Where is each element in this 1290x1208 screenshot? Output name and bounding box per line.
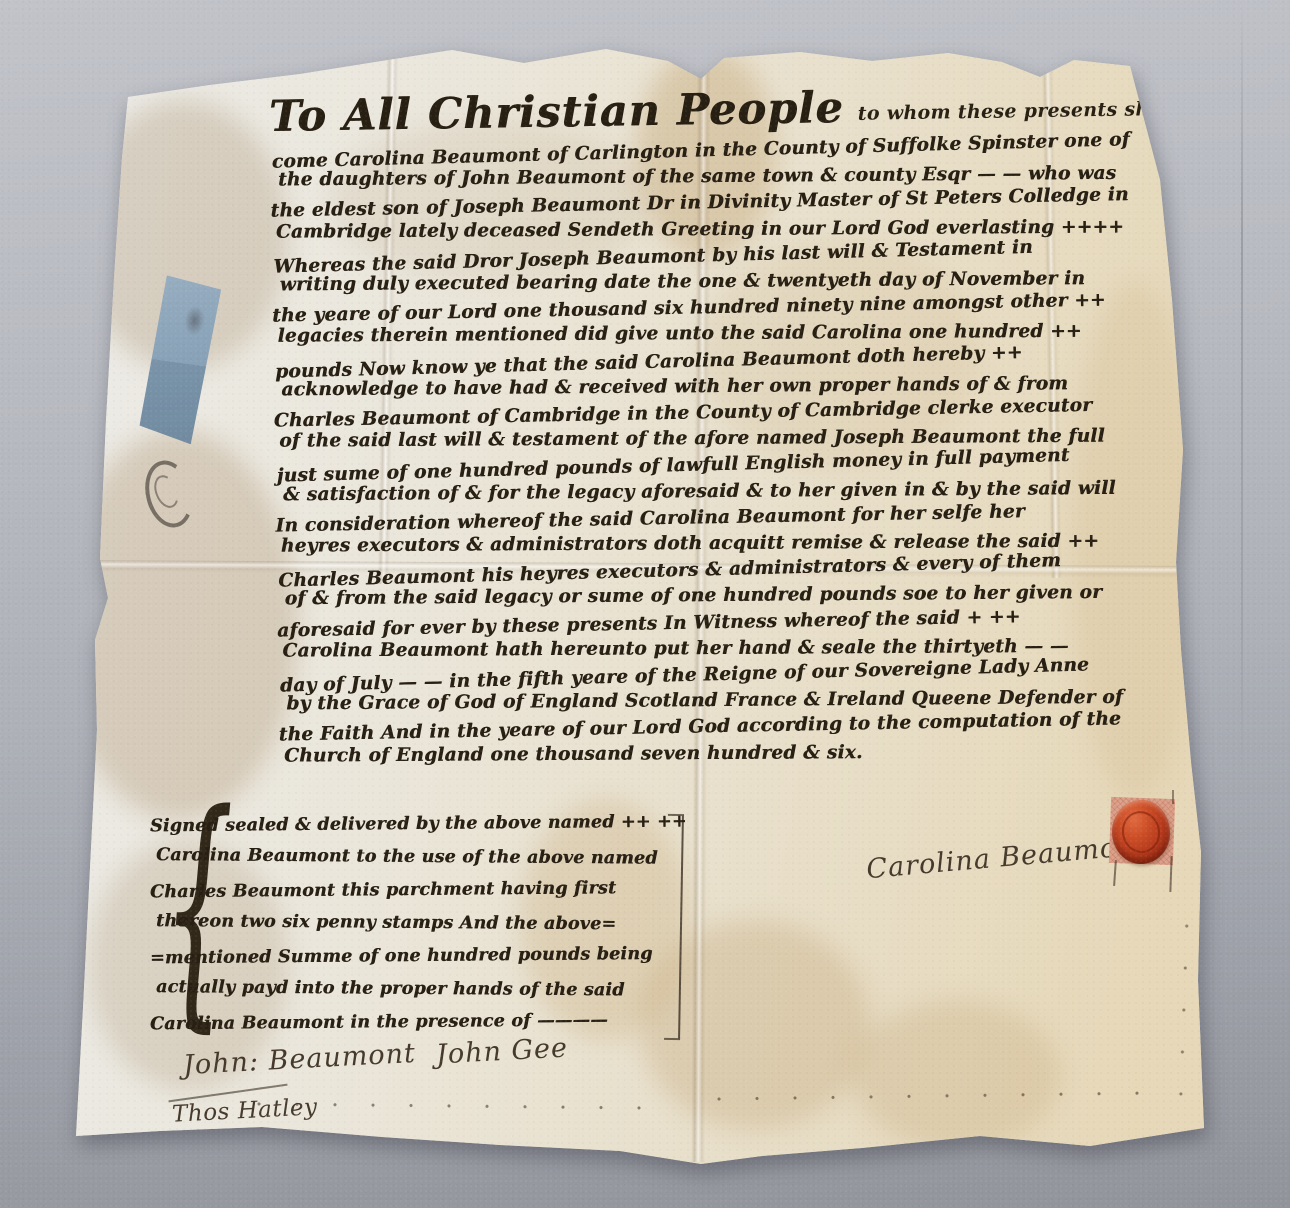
attestation-lines: Signed sealed & delivered by the above n… — [150, 808, 690, 1039]
attestation-line: thereon two six penny stamps And the abo… — [156, 905, 690, 942]
wax-seal — [1106, 790, 1184, 900]
opening-calligraphy: To All Christian People — [269, 86, 844, 139]
attestation-line: Carolina Beaumont to the use of the abov… — [156, 839, 690, 876]
seal-slit-left — [1113, 860, 1116, 886]
wax-seal-blob — [1112, 800, 1170, 864]
seal-slit-right — [1169, 856, 1172, 892]
attestation-line: Carolina Beaumont in the presence of ———… — [150, 1004, 690, 1042]
stain-bottom-right — [850, 1000, 1060, 1150]
attestation-line: Signed sealed & delivered by the above n… — [150, 806, 690, 844]
seal-slit-top — [1172, 790, 1174, 804]
attestation-line: =mentioned Summe of one hundred pounds b… — [150, 938, 690, 976]
stitch-holes-right-edge — [1179, 905, 1190, 1105]
body-lines: come Carolina Beaumont of Carlington in … — [270, 131, 1175, 774]
opening-continuation: to whom these presents shall — [858, 97, 1178, 130]
blue-revenue-stamp — [138, 274, 222, 445]
signature-witness-thos-hatley: Thos Hatley — [171, 1094, 318, 1128]
attestation-clause: { Signed sealed & delivered by the above… — [150, 808, 690, 1039]
parchment-sheet: To All Christian People to whom these pr… — [0, 0, 1290, 1208]
stitch-holes-bottom-right — [700, 1091, 1170, 1102]
signature-witness-john-gee: John Gee — [435, 1033, 568, 1071]
stamp-crest-mark — [183, 304, 207, 336]
attestation-line: actually payd into the proper hands of t… — [156, 971, 690, 1008]
ink-stamp-mark — [138, 455, 199, 532]
deed-body-text: To All Christian People to whom these pr… — [269, 81, 1175, 774]
stamp-fold-shade — [138, 359, 210, 446]
manuscript-line: Church of England one thousand seven hun… — [284, 738, 1174, 770]
parchment-document: To All Christian People to whom these pr… — [0, 0, 1290, 1208]
attestation-line: Charles Beaumont this parchment having f… — [150, 872, 690, 910]
photo-table-surface: To All Christian People to whom these pr… — [0, 0, 1290, 1208]
